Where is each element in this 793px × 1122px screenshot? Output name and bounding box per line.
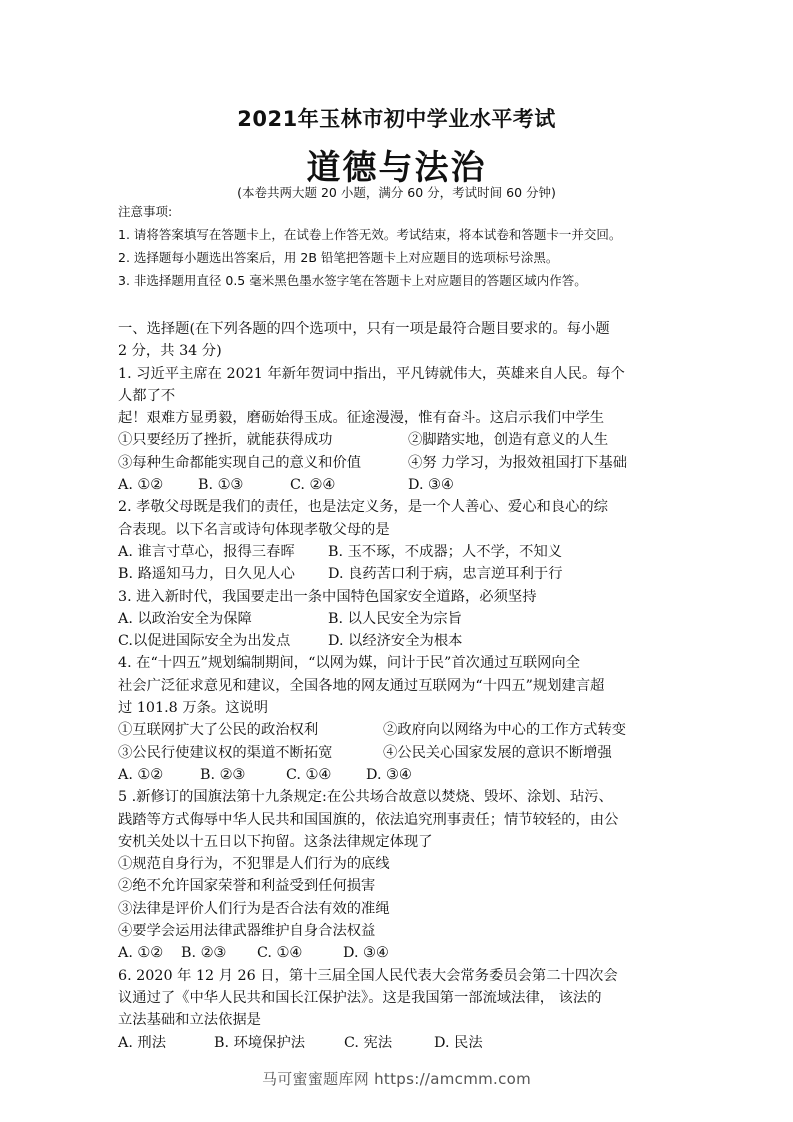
question-5: 5 .新修订的国旗法第十九条规定:在公共场合故意以焚烧、毁坏、涂划、玷污、 践踏… <box>118 786 693 964</box>
option-d: D. 良药苦口利于病，忠言逆耳利于行 <box>328 563 563 585</box>
statement: ①互联网扩大了公民的政治权利 <box>118 719 383 741</box>
questions-body: 一、选择题(在下列各题的四个选项中，只有一项是最符合题目要求的。每小题 2 分，… <box>118 318 693 1054</box>
option-a: A. 以政治安全为保障 <box>118 608 328 630</box>
statement-row: ①只要经历了挫折，就能获得成功 ②脚踏实地，创造有意义的人生 <box>118 429 693 451</box>
statement: ③每种生命都能实现自己的意义和价值 <box>118 452 408 474</box>
question-stem: 3. 进入新时代，我国要走出一条中国特色国家安全道路，必须坚持 <box>118 586 693 608</box>
statement: ④要学会运用法律武器维护自身合法权益 <box>118 920 693 942</box>
statement: ②脚踏实地，创造有意义的人生 <box>408 429 608 451</box>
statement: ①只要经历了挫折，就能获得成功 <box>118 429 408 451</box>
option-a: A. ①② <box>118 942 181 964</box>
question-stem: 社会广泛征求意见和建议，全国各地的网友通过互联网为“十四五”规划建言超 <box>118 675 693 697</box>
option-d: D. 以经济安全为根本 <box>328 630 462 652</box>
answer-options: A. 以政治安全为保障 B. 以人民安全为宗旨 <box>118 608 693 630</box>
option-b: B. 以人民安全为宗旨 <box>328 608 462 630</box>
exam-page: 2021年玉林市初中学业水平考试 道德与法治 (本卷共两大题 20 小题，满分 … <box>0 0 793 1122</box>
option-d: D. 民法 <box>434 1032 483 1054</box>
option-c: C. ②④ <box>290 474 408 496</box>
question-3: 3. 进入新时代，我国要走出一条中国特色国家安全道路，必须坚持 A. 以政治安全… <box>118 586 693 653</box>
answer-options: A. ①② B. ②③ C. ①④ D. ③④ <box>118 764 693 786</box>
option-a: A. 刑法 <box>118 1032 214 1054</box>
question-stem: 践踏等方式侮辱中华人民共和国国旗的，依法追究刑事责任；情节较轻的，由公 <box>118 809 693 831</box>
notes-heading: 注意事项: <box>118 200 698 223</box>
question-stem: 安机关处以十五日以下拘留。这条法律规定体现了 <box>118 831 693 853</box>
question-stem: 合表现。以下名言或诗句体现孝敬父母的是 <box>118 519 693 541</box>
option-b: B. 玉不琢，不成器；人不学，不知义 <box>328 541 562 563</box>
option-c: C. ①④ <box>286 764 366 786</box>
question-stem: 过 101.8 万条。这说明 <box>118 697 693 719</box>
statement-row: ③公民行使建议权的渠道不断拓宽 ④公民关心国家发展的意识不断增强 <box>118 742 693 764</box>
question-stem: 立法基础和立法依据是 <box>118 1009 693 1031</box>
exam-info: (本卷共两大题 20 小题，满分 60 分，考试时间 60 分钟) <box>0 183 793 201</box>
answer-options: A. 谁言寸草心，报得三春晖 B. 玉不琢，不成器；人不学，不知义 <box>118 541 693 563</box>
section-heading: 一、选择题(在下列各题的四个选项中，只有一项是最符合题目要求的。每小题 <box>118 318 693 340</box>
option-c: C. 宪法 <box>344 1032 434 1054</box>
option-c: C.以促进国际安全为出发点 <box>118 630 328 652</box>
question-stem: 5 .新修订的国旗法第十九条规定:在公共场合故意以焚烧、毁坏、涂划、玷污、 <box>118 786 693 808</box>
question-2: 2. 孝敬父母既是我们的责任，也是法定义务，是一个人善心、爱心和良心的综 合表现… <box>118 496 693 585</box>
question-4: 4. 在“十四五”规划编制期间，“以网为媒，问计于民”首次通过互联网向全 社会广… <box>118 652 693 786</box>
statement: ④努 力学习，为报效祖国打下基础 <box>408 452 627 474</box>
statement: ③公民行使建议权的渠道不断拓宽 <box>118 742 383 764</box>
option-b: B. ②③ <box>200 764 286 786</box>
option-c: B. 路遥知马力，日久见人心 <box>118 563 328 585</box>
question-stem: 起！艰难方显勇毅，磨砺始得玉成。征途漫漫，惟有奋斗。这启示我们中学生 <box>118 407 693 429</box>
question-6: 6. 2020 年 12 月 26 日，第十三届全国人民代表大会常务委员会第二十… <box>118 965 693 1054</box>
subject-title: 道德与法治 <box>0 140 793 189</box>
question-stem: 1. 习近平主席在 2021 年新年贺词中指出，平凡铸就伟大，英雄来自人民。每个 <box>118 363 693 385</box>
note-item: 2. 选择题每小题选出答案后，用 2B 铅笔把答题卡上对应题目的选项标号涂黑。 <box>118 246 698 269</box>
statement: ②绝不允许国家荣誉和利益受到任何损害 <box>118 875 693 897</box>
option-c: C. ①④ <box>257 942 343 964</box>
question-stem: 人都了不 <box>118 385 693 407</box>
option-a: A. ①② <box>118 474 198 496</box>
answer-options: A. ①② B. ①③ C. ②④ D. ③④ <box>118 474 693 496</box>
option-b: B. ①③ <box>198 474 290 496</box>
option-b: B. 环境保护法 <box>214 1032 344 1054</box>
statement: ④公民关心国家发展的意识不断增强 <box>383 742 612 764</box>
statement: ①规范自身行为，不犯罪是人们行为的底线 <box>118 853 693 875</box>
answer-options: C.以促进国际安全为出发点 D. 以经济安全为根本 <box>118 630 693 652</box>
answer-options: A. 刑法 B. 环境保护法 C. 宪法 D. 民法 <box>118 1032 693 1054</box>
statement-row: ①互联网扩大了公民的政治权利 ②政府向以网络为中心的工作方式转变 <box>118 719 693 741</box>
statement: ②政府向以网络为中心的工作方式转变 <box>383 719 626 741</box>
question-stem: 4. 在“十四五”规划编制期间，“以网为媒，问计于民”首次通过互联网向全 <box>118 652 693 674</box>
answer-options: A. ①② B. ②③ C. ①④ D. ③④ <box>118 942 693 964</box>
option-d: D. ③④ <box>343 942 389 964</box>
note-item: 1. 请将答案填写在答题卡上，在试卷上作答无效。考试结束，将本试卷和答题卡一并交… <box>118 223 698 246</box>
question-1: 1. 习近平主席在 2021 年新年贺词中指出，平凡铸就伟大，英雄来自人民。每个… <box>118 363 693 497</box>
section-heading: 2 分，共 34 分) <box>118 340 693 362</box>
question-stem: 2. 孝敬父母既是我们的责任，也是法定义务，是一个人善心、爱心和良心的综 <box>118 496 693 518</box>
notes-section: 注意事项: 1. 请将答案填写在答题卡上，在试卷上作答无效。考试结束，将本试卷和… <box>118 200 698 292</box>
watermark-footer: 马可蜜蜜题库网 https://amcmm.com <box>0 1068 793 1089</box>
note-item: 3. 非选择题用直径 0.5 毫米黑色墨水签字笔在答题卡上对应题目的答题区域内作… <box>118 269 698 292</box>
statement-row: ③每种生命都能实现自己的意义和价值 ④努 力学习，为报效祖国打下基础 <box>118 452 693 474</box>
exam-title: 2021年玉林市初中学业水平考试 <box>0 103 793 133</box>
option-a: A. ①② <box>118 764 200 786</box>
answer-options: B. 路遥知马力，日久见人心 D. 良药苦口利于病，忠言逆耳利于行 <box>118 563 693 585</box>
option-d: D. ③④ <box>408 474 454 496</box>
option-a: A. 谁言寸草心，报得三春晖 <box>118 541 328 563</box>
question-stem: 议通过了《中华人民共和国长江保护法》。这是我国第一部流域法律， 该法的 <box>118 987 693 1009</box>
option-b: B. ②③ <box>181 942 257 964</box>
statement: ③法律是评价人们行为是否合法有效的准绳 <box>118 898 693 920</box>
option-d: D. ③④ <box>366 764 412 786</box>
question-stem: 6. 2020 年 12 月 26 日，第十三届全国人民代表大会常务委员会第二十… <box>118 965 693 987</box>
